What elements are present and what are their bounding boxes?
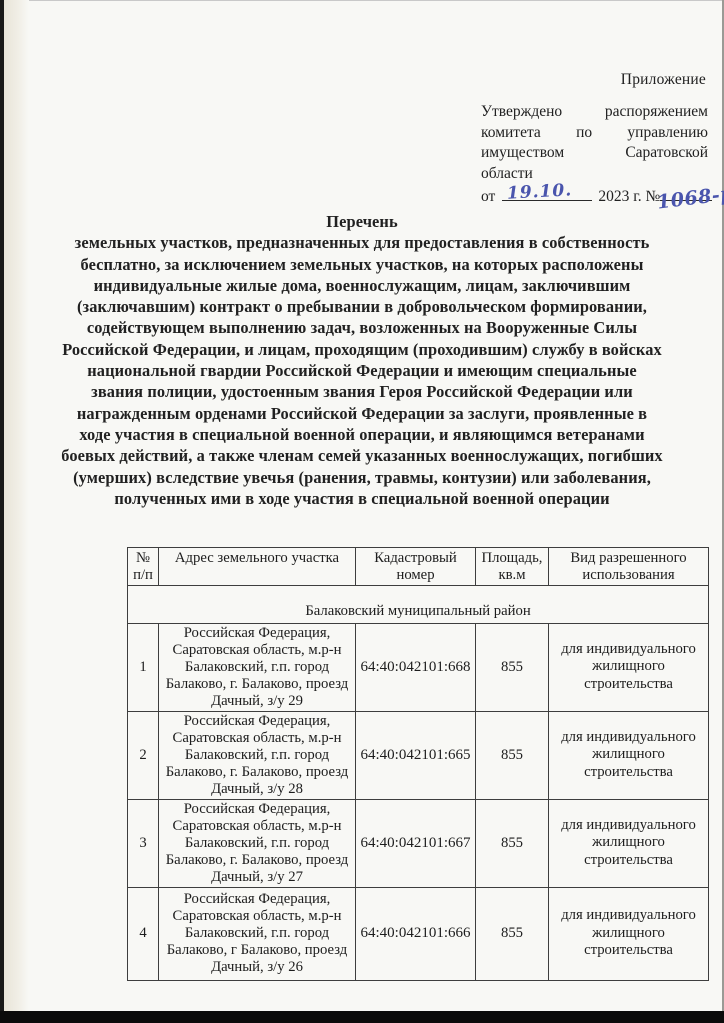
approval-line-2: комитета по управлению bbox=[481, 123, 708, 144]
approval-line-1: Утверждено распоряжением bbox=[481, 102, 708, 123]
cell-address: Российская Федерация, Саратовская област… bbox=[159, 623, 356, 711]
approval-line-3: имуществом Саратовской bbox=[481, 143, 708, 164]
scan-edge-bottom bbox=[0, 1011, 724, 1023]
col-header-permitted-use: Вид разрешенного использования bbox=[549, 548, 709, 586]
col-header-address: Адрес земельного участка bbox=[159, 548, 356, 586]
cell-number: 2 bbox=[128, 711, 159, 799]
cell-cadastral: 64:40:042101:666 bbox=[356, 887, 476, 980]
approval-date-line: от19.10.2023 г. №1068-р bbox=[481, 185, 708, 208]
title-body: земельных участков, предназначенных для … bbox=[61, 232, 663, 509]
cell-use: для индивидуального жилищного строительс… bbox=[549, 799, 709, 887]
number-blank-underline: 1068-р bbox=[660, 185, 712, 201]
cell-address: Российская Федерация, Саратовская област… bbox=[159, 887, 356, 980]
scanned-document-page: Приложение Утверждено распоряжением коми… bbox=[0, 0, 724, 1023]
cell-area: 855 bbox=[476, 711, 549, 799]
document-title: Перечень земельных участков, предназначе… bbox=[61, 211, 663, 509]
district-section-row: Балаковский муниципальный район bbox=[128, 585, 709, 623]
land-plots-table: № п/п Адрес земельного участка Кадастров… bbox=[127, 547, 709, 981]
date-middle: 2023 г. № bbox=[598, 188, 660, 205]
cell-use: для индивидуального жилищного строительс… bbox=[549, 887, 709, 980]
cell-cadastral: 64:40:042101:667 bbox=[356, 799, 476, 887]
cell-area: 855 bbox=[476, 623, 549, 711]
cell-area: 855 bbox=[476, 799, 549, 887]
cell-address: Российская Федерация, Саратовская област… bbox=[159, 711, 356, 799]
table-row: 1 Российская Федерация, Саратовская обла… bbox=[128, 623, 709, 711]
approval-line-4: области bbox=[481, 164, 708, 185]
title-heading: Перечень bbox=[61, 211, 663, 232]
cell-cadastral: 64:40:042101:668 bbox=[356, 623, 476, 711]
cell-area: 855 bbox=[476, 887, 549, 980]
appendix-label: Приложение bbox=[621, 71, 706, 89]
approval-block: Утверждено распоряжением комитета по упр… bbox=[481, 102, 708, 208]
cell-use: для индивидуального жилищного строительс… bbox=[549, 623, 709, 711]
date-blank-underline: 19.10. bbox=[502, 185, 592, 201]
scan-edge-left-cream bbox=[4, 0, 29, 1023]
table-row: 3 Российская Федерация, Саратовская обла… bbox=[128, 799, 709, 887]
cell-number: 4 bbox=[128, 887, 159, 980]
cell-number: 3 bbox=[128, 799, 159, 887]
date-prefix: от bbox=[481, 188, 495, 205]
col-header-number: № п/п bbox=[128, 548, 159, 586]
cell-use: для индивидуального жилищного строительс… bbox=[549, 711, 709, 799]
table-header-row: № п/п Адрес земельного участка Кадастров… bbox=[128, 548, 709, 586]
cell-cadastral: 64:40:042101:665 bbox=[356, 711, 476, 799]
table-row: 4 Российская Федерация, Саратовская обла… bbox=[128, 887, 709, 980]
cell-address: Российская Федерация, Саратовская област… bbox=[159, 799, 356, 887]
col-header-cadastral: Кадастровый номер bbox=[356, 548, 476, 586]
handwritten-date: 19.10. bbox=[507, 180, 573, 204]
handwritten-number: 1068-р bbox=[656, 183, 724, 213]
district-section-label: Балаковский муниципальный район bbox=[128, 585, 709, 623]
table-row: 2 Российская Федерация, Саратовская обла… bbox=[128, 711, 709, 799]
cell-number: 1 bbox=[128, 623, 159, 711]
col-header-area: Площадь, кв.м bbox=[476, 548, 549, 586]
